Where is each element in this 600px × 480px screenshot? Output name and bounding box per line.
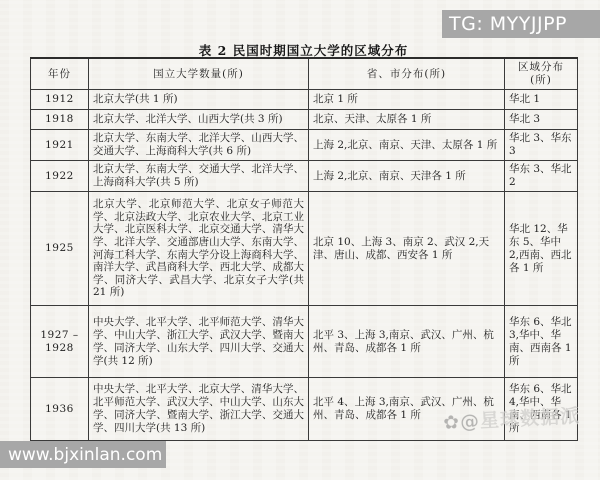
cell-provinces: 北京 10、上海 3、南京 2、武汉 2,天津、唐山、成都、西安各 1 所 [309,192,505,306]
header-provinces: 省、市分布(所) [309,58,505,90]
universities-table: 年份 国立大学数量(所) 省、市分布(所) 区域分布(所) 1912 北京大学(… [30,57,578,441]
cell-year: 1927 – 1928 [31,306,89,378]
table-row: 1921 北京大学、东南大学、北洋大学、山西大学、交通大学、上海商科大学(共 6… [31,130,578,161]
table-row: 1925 北京大学、北京师范大学、北京女子师范大学、北京法政大学、北京农业大学、… [31,192,578,306]
watermark-bottom-left: www.bjxinlan.com [0,441,166,468]
table-row: 1922 北京大学、东南大学、交通大学、北洋大学、上海商科大学(共 5 所) 上… [31,161,578,192]
cell-regions: 华东 6、华北 3,华中、华南、西南各 1 所 [505,306,578,378]
cell-provinces: 上海 2,北京、南京、天津各 1 所 [309,161,505,192]
cell-universities: 北京大学、北京师范大学、北京女子师范大学、北京法政大学、北京农业大学、北京工业大… [89,192,309,306]
cell-universities: 中央大学、北平大学、北京大学、清华大学、北平师范大学、武汉大学、中山大学、山东大… [89,378,309,441]
cell-universities: 北京大学(共 1 所) [89,90,309,110]
table-header-row: 年份 国立大学数量(所) 省、市分布(所) 区域分布(所) [31,58,578,90]
cell-provinces: 上海 2,北京、南京、天津、太原各 1 所 [309,130,505,161]
cell-universities: 北京大学、东南大学、北洋大学、山西大学、交通大学、上海商科大学(共 6 所) [89,130,309,161]
cell-regions: 华北 3 [505,110,578,130]
header-year: 年份 [31,58,89,90]
cell-regions: 华北 1 [505,90,578,110]
cell-year: 1922 [31,161,89,192]
watermark-top-right: TG: MYYJJPP [442,10,600,38]
table-row: 1918 北京大学、北洋大学、山西大学(共 3 所) 北京、天津、太原各 1 所… [31,110,578,130]
header-regions: 区域分布(所) [505,58,578,90]
cell-universities: 北京大学、东南大学、交通大学、北洋大学、上海商科大学(共 5 所) [89,161,309,192]
cell-regions: 华东 3、华北 2 [505,161,578,192]
cell-year: 1921 [31,130,89,161]
cell-year: 1918 [31,110,89,130]
table-row: 1912 北京大学(共 1 所) 北京 1 所 华北 1 [31,90,578,110]
cell-year: 1936 [31,378,89,441]
watermark-bottom-left-text: www.bjxinlan.com [8,445,162,465]
cell-universities: 中央大学、北平大学、北平师范大学、清华大学、中山大学、浙江大学、武汉大学、暨南大… [89,306,309,378]
cell-provinces: 北平 3、上海 3,南京、武汉、广州、杭州、青岛、成都各 1 所 [309,306,505,378]
cell-regions: 华北 3、华东 3 [505,130,578,161]
cell-universities: 北京大学、北洋大学、山西大学(共 3 所) [89,110,309,130]
table-row: 1927 – 1928 中央大学、北平大学、北平师范大学、清华大学、中山大学、浙… [31,306,578,378]
watermark-top-right-text: TG: MYYJJPP [449,13,567,35]
cell-provinces: 北京、天津、太原各 1 所 [309,110,505,130]
cell-year: 1912 [31,90,89,110]
header-universities: 国立大学数量(所) [89,58,309,90]
cell-provinces: 北京 1 所 [309,90,505,110]
cell-regions: 华北 12、华东 5、华中 2,西南、西北各 1 所 [505,192,578,306]
cell-year: 1925 [31,192,89,306]
